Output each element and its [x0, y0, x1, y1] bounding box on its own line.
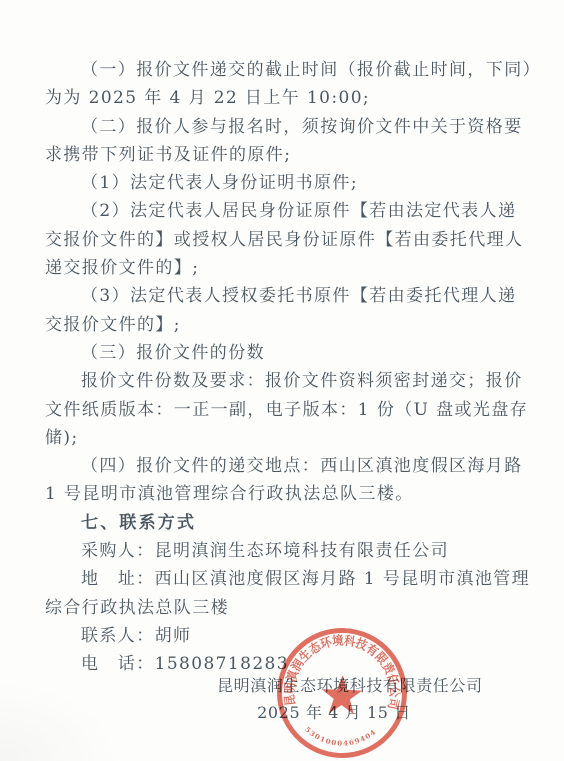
- text-line-12: 报价文件份数及要求：报价文件资料须密封递交；报价: [45, 367, 523, 395]
- text-line-16: 1 号昆明市滇池管理综合行政执法总队三楼。: [45, 480, 523, 508]
- text-line-1: （一）报价文件递交的截止时间（报价截止时间，下同）: [45, 56, 523, 84]
- text-line-20: 综合行政执法总队三楼: [45, 594, 523, 622]
- text-line-5: （1）法定代表人身份证明书原件;: [45, 169, 523, 197]
- text-line-13: 文件纸质版本：一正一副，电子版本：1 份（U 盘或光盘存: [45, 396, 523, 424]
- seal-star-icon: [321, 675, 363, 715]
- seal-code-text: 5301000469404: [303, 725, 379, 749]
- text-line-6: （2）法定代表人居民身份证原件【若由法定代表人递: [45, 197, 523, 225]
- text-line-19: 地 址：西山区滇池度假区海月路 1 号昆明市滇池管理: [45, 565, 523, 593]
- text-line-15: （四）报价文件的递交地点：西山区滇池度假区海月路: [45, 452, 523, 480]
- company-seal: 昆明滇润生态环境科技有限责任公司 5301000469404: [269, 620, 416, 761]
- text-line-8: 递交报价文件的】;: [45, 254, 523, 282]
- text-line-4: 求携带下列证书及证件的原件;: [45, 141, 523, 169]
- text-line-3: （二）报价人参与报名时，须按询价文件中关于资格要: [45, 113, 523, 141]
- text-line-18: 采购人：昆明滇润生态环境科技有限责任公司: [45, 537, 523, 565]
- text-line-14: 储);: [45, 424, 523, 452]
- text-line-11: （三）报价文件的份数: [45, 339, 523, 367]
- text-line-10: 交报价文件的】;: [45, 311, 523, 339]
- document-body: （一）报价文件递交的截止时间（报价截止时间，下同）为为 2025 年 4 月 2…: [45, 56, 523, 679]
- document-page: （一）报价文件递交的截止时间（报价截止时间，下同）为为 2025 年 4 月 2…: [0, 0, 564, 761]
- text-line-7: 交报价文件的】或授权人居民身份证原件【若由委托代理人: [45, 226, 523, 254]
- scan-smudge: [0, 681, 120, 761]
- text-line-9: （3）法定代表人授权委托书原件【若由委托代理人递: [45, 282, 523, 310]
- text-line-17: 七、联系方式: [45, 509, 523, 537]
- text-line-2: 为为 2025 年 4 月 22 日上午 10:00;: [45, 84, 523, 112]
